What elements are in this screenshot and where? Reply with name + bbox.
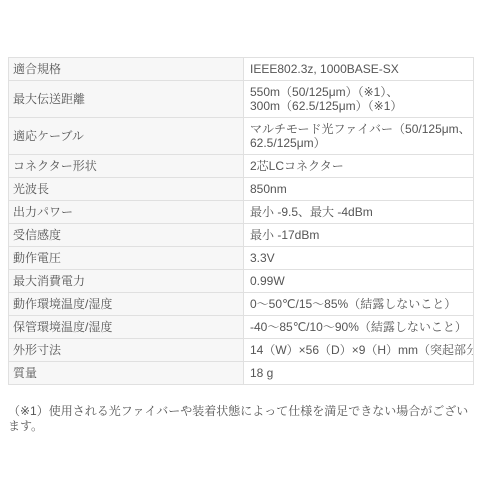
spec-value: マルチモード光ファイバー（50/125μm、62.5/125μm）: [244, 118, 474, 155]
spec-value: 3.3V: [244, 247, 474, 270]
spec-value-line: 3.3V: [250, 251, 275, 265]
spec-row: 適合規格IEEE802.3z, 1000BASE-SX: [9, 58, 474, 81]
spec-label: 外形寸法: [9, 339, 244, 362]
spec-value: -40～85℃/10～90%（結露しないこと）: [244, 316, 474, 339]
spec-value-line: IEEE802.3z, 1000BASE-SX: [250, 62, 399, 76]
spec-label: 出力パワー: [9, 201, 244, 224]
spec-row: 動作環境温度/湿度0～50℃/15～85%（結露しないこと）: [9, 293, 474, 316]
spec-value-line: 14（W）×56（D）×9（H）mm（突起部分を除く）: [250, 343, 474, 357]
spec-table-body: 適合規格IEEE802.3z, 1000BASE-SX最大伝送距離550m（50…: [9, 58, 474, 385]
spec-value-line: 最小 -9.5、最大 -4dBm: [250, 205, 373, 219]
spec-label: 保管環境温度/湿度: [9, 316, 244, 339]
spec-label: 最大消費電力: [9, 270, 244, 293]
spec-row: 外形寸法14（W）×56（D）×9（H）mm（突起部分を除く）: [9, 339, 474, 362]
spec-label: 動作環境温度/湿度: [9, 293, 244, 316]
spec-row: 最大伝送距離550m（50/125μm）（※1）、300m（62.5/125μm…: [9, 81, 474, 118]
spec-value-line: 62.5/125μm）: [250, 136, 326, 150]
spec-row: 光波長850nm: [9, 178, 474, 201]
spec-value: IEEE802.3z, 1000BASE-SX: [244, 58, 474, 81]
spec-value-line: 0.99W: [250, 274, 285, 288]
spec-label: 適応ケーブル: [9, 118, 244, 155]
spec-value: 2芯LCコネクター: [244, 155, 474, 178]
spec-row: 最大消費電力0.99W: [9, 270, 474, 293]
spec-value-line: 18 g: [250, 366, 273, 380]
spec-value: 0～50℃/15～85%（結露しないこと）: [244, 293, 474, 316]
spec-value: 最小 -9.5、最大 -4dBm: [244, 201, 474, 224]
spec-label: 動作電圧: [9, 247, 244, 270]
spec-value: 18 g: [244, 362, 474, 385]
spec-label: 適合規格: [9, 58, 244, 81]
spec-table: 適合規格IEEE802.3z, 1000BASE-SX最大伝送距離550m（50…: [8, 57, 474, 385]
spec-row: 適応ケーブルマルチモード光ファイバー（50/125μm、62.5/125μm）: [9, 118, 474, 155]
spec-label: 光波長: [9, 178, 244, 201]
spec-row: 受信感度最小 -17dBm: [9, 224, 474, 247]
spec-row: 質量18 g: [9, 362, 474, 385]
spec-value: 550m（50/125μm）（※1）、300m（62.5/125μm）（※1）: [244, 81, 474, 118]
spec-label: 受信感度: [9, 224, 244, 247]
spec-value: 0.99W: [244, 270, 474, 293]
spec-value-line: 最小 -17dBm: [250, 228, 319, 242]
spec-value-line: 550m（50/125μm）（※1）、: [250, 85, 398, 99]
spec-value-line: 2芯LCコネクター: [250, 159, 344, 173]
spec-row: コネクター形状2芯LCコネクター: [9, 155, 474, 178]
spec-row: 動作電圧3.3V: [9, 247, 474, 270]
spec-value: 14（W）×56（D）×9（H）mm（突起部分を除く）: [244, 339, 474, 362]
spec-label: コネクター形状: [9, 155, 244, 178]
spec-value-line: 300m（62.5/125μm）（※1）: [250, 99, 402, 113]
spec-label: 質量: [9, 362, 244, 385]
spec-value: 最小 -17dBm: [244, 224, 474, 247]
spec-label: 最大伝送距離: [9, 81, 244, 118]
spec-value-line: -40～85℃/10～90%（結露しないこと）: [250, 320, 467, 334]
footnote: （※1）使用される光ファイバーや装着状態によって仕様を満足できない場合がございま…: [8, 404, 476, 434]
spec-value-line: 0～50℃/15～85%（結露しないこと）: [250, 297, 456, 311]
spec-row: 出力パワー最小 -9.5、最大 -4dBm: [9, 201, 474, 224]
spec-value-line: マルチモード光ファイバー（50/125μm、: [250, 122, 471, 136]
spec-value: 850nm: [244, 178, 474, 201]
spec-value-line: 850nm: [250, 182, 287, 196]
spec-row: 保管環境温度/湿度-40～85℃/10～90%（結露しないこと）: [9, 316, 474, 339]
